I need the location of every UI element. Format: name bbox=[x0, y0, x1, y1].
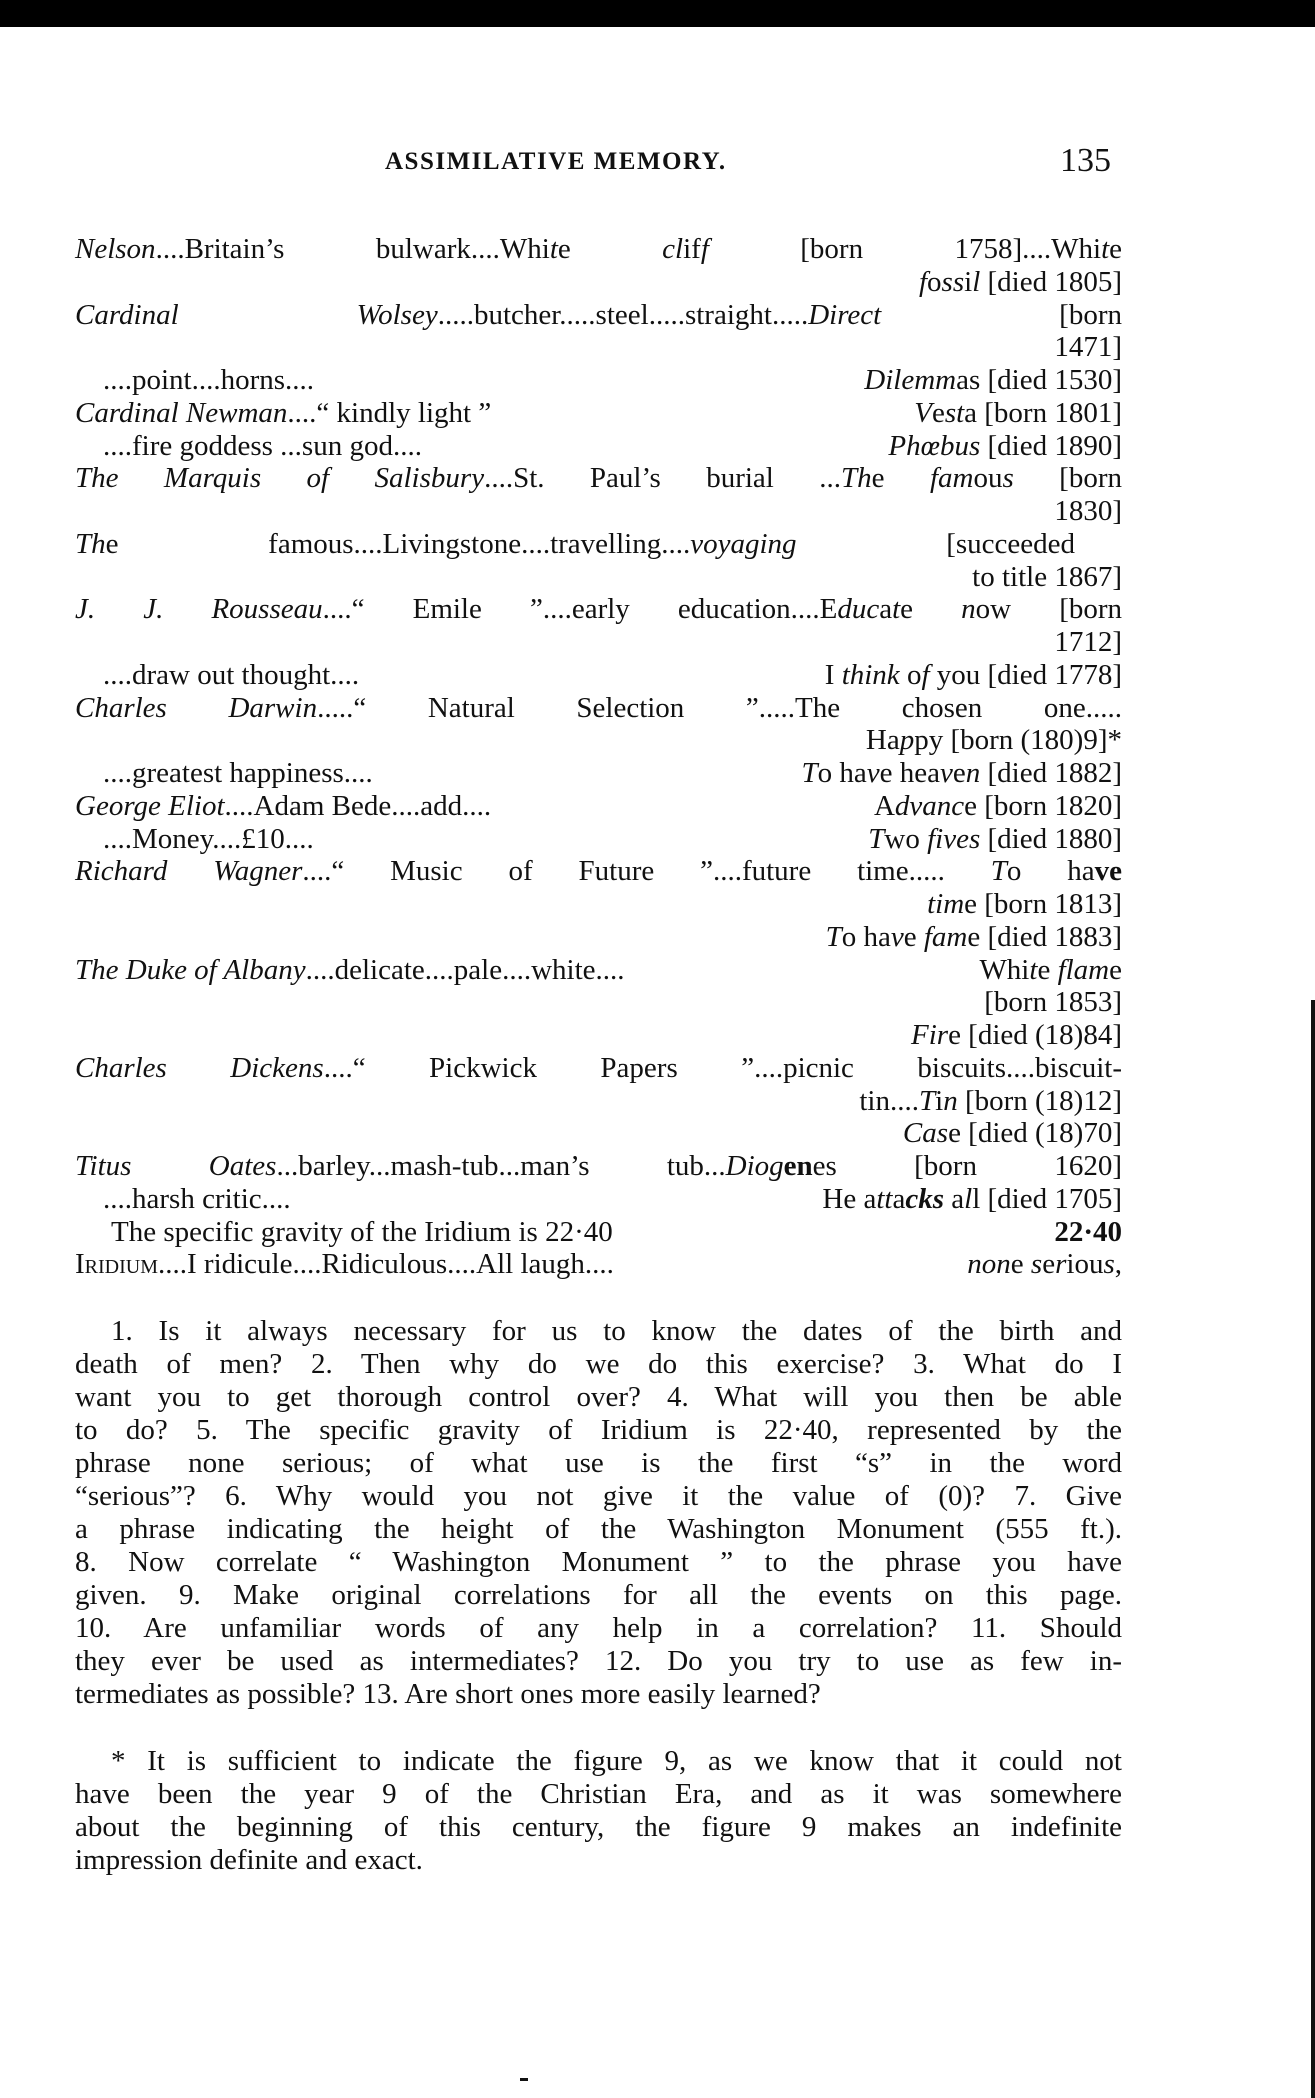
page-header: ASSIMILATIVE MEMORY. 135 bbox=[0, 148, 1315, 188]
text-segment: ve bbox=[1095, 855, 1122, 887]
text-segment: r bbox=[1055, 1248, 1066, 1280]
entry-line: to title 1867] bbox=[75, 561, 1122, 594]
entry-date-phrase: 1712] bbox=[1054, 626, 1122, 659]
text-segment: ....“ Music of Future ”....future time..… bbox=[302, 855, 990, 887]
entry-line: ....fire goddess ...sun god....Phœbus [d… bbox=[75, 430, 1122, 463]
entry-cue: The Duke of Albany....delicate....pale..… bbox=[75, 954, 625, 987]
text-segment: [born (18)12] bbox=[958, 1085, 1122, 1117]
text-segment: o ha bbox=[818, 757, 867, 789]
text-segment: v bbox=[891, 921, 904, 953]
text-segment: e [born 1813] bbox=[964, 888, 1122, 920]
entry-line: Charles Dickens....“ Pickwick Papers ”..… bbox=[75, 1052, 1122, 1085]
entry-line: The famous....Livingstone....travelling.… bbox=[75, 528, 1122, 561]
text-segment: e bbox=[900, 593, 961, 625]
text-segment: e bbox=[1042, 1248, 1055, 1280]
paragraph-line: want you to get thorough control over? 4… bbox=[75, 1381, 1122, 1414]
text-segment: , bbox=[1115, 1248, 1122, 1280]
text-segment: e bbox=[1109, 233, 1122, 265]
text-segment: V bbox=[914, 397, 932, 429]
text-segment: 22·40 bbox=[1054, 1216, 1122, 1248]
text-segment: f bbox=[921, 659, 929, 691]
entry-date-phrase: Two fives [died 1880] bbox=[868, 823, 1122, 856]
entry-line: Titus Oates...barley...mash-tub...man’s … bbox=[75, 1150, 1122, 1183]
text-segment: n bbox=[943, 1085, 958, 1117]
text-segment: dvanc bbox=[895, 790, 964, 822]
entry-cue: Iridium....I ridicule....Ridiculous....A… bbox=[75, 1248, 614, 1281]
entry-text: Nelson....Britain’s bulwark....White cli… bbox=[75, 233, 1122, 266]
text-segment: v bbox=[867, 757, 880, 789]
text-segment: e bbox=[953, 757, 966, 789]
paragraph-line: phrase none serious; of what use is the … bbox=[75, 1447, 1122, 1480]
text-segment: e [born 1820] bbox=[964, 790, 1122, 822]
paragraph-line: * It is sufficient to indicate the figur… bbox=[75, 1745, 1122, 1778]
entry-date-phrase: To have fame [died 1883] bbox=[826, 921, 1122, 954]
entry-text: The Marquis of Salisbury....St. Paul’s b… bbox=[75, 462, 1122, 495]
entry-text: Titus Oates...barley...mash-tub...man’s … bbox=[75, 1150, 1122, 1183]
text-segment: 1712] bbox=[1054, 626, 1122, 658]
text-segment: ....harsh critic.... bbox=[103, 1183, 291, 1215]
text-segment: py [born (180)9]* bbox=[914, 724, 1122, 756]
text-segment: T bbox=[826, 921, 842, 953]
text-segment: T bbox=[991, 855, 1007, 887]
text-segment: Dilem bbox=[864, 364, 935, 396]
text-segment: e bbox=[1011, 1248, 1031, 1280]
scan-speck bbox=[520, 2078, 528, 2081]
entry-date-phrase: To have heaven [died 1882] bbox=[801, 757, 1122, 790]
text-segment: ....delicate....pale....white.... bbox=[306, 954, 625, 986]
entry-cue: ....draw out thought.... bbox=[103, 659, 359, 692]
text-segment: .....butcher.....steel.....straight..... bbox=[438, 299, 809, 331]
entry-line: J. J. Rousseau....“ Emile ”....early edu… bbox=[75, 593, 1122, 626]
text-segment: [born bbox=[1014, 462, 1122, 494]
entry-line: 1830] bbox=[75, 495, 1122, 528]
entry-line: time [born 1813] bbox=[75, 888, 1122, 921]
text-segment: e bbox=[1109, 954, 1122, 986]
text-segment: es [born 1620] bbox=[813, 1150, 1122, 1182]
text-segment: Whi bbox=[979, 954, 1029, 986]
entry-date-phrase: none serious, bbox=[967, 1248, 1122, 1281]
text-segment: Nelson bbox=[75, 233, 156, 265]
paragraph-line: given. 9. Make original correlations for… bbox=[75, 1579, 1122, 1612]
text-segment: ...barley...mash-tub...man’s tub... bbox=[276, 1150, 725, 1182]
scan-top-border bbox=[0, 0, 1315, 27]
text-segment: e [died (18)70] bbox=[948, 1117, 1122, 1149]
text-segment: ....fire goddess ...sun god.... bbox=[103, 430, 422, 462]
text-segment: voyaging bbox=[690, 528, 796, 560]
entry-cue: ....point....horns.... bbox=[103, 364, 314, 397]
text-segment: Charles Dickens bbox=[75, 1052, 324, 1084]
entry-cue: Cardinal Newman....“ kindly light ” bbox=[75, 397, 491, 430]
text-segment: ....greatest happiness.... bbox=[103, 757, 373, 789]
entry-line: Cardinal Newman....“ kindly light ”Vesta… bbox=[75, 397, 1122, 430]
text-segment: o ha bbox=[842, 921, 891, 953]
text-segment: fam bbox=[924, 921, 968, 953]
text-segment: e bbox=[904, 921, 924, 953]
text-segment: [died 1890] bbox=[980, 430, 1122, 462]
entry-line: George Eliot....Adam Bede....add....Adva… bbox=[75, 790, 1122, 823]
entry-text: Richard Wagner....“ Music of Future ”...… bbox=[75, 855, 1122, 888]
text-segment: f bbox=[701, 233, 709, 265]
text-segment: Direct bbox=[808, 299, 881, 331]
text-segment: e famous....Livingstone....travelling...… bbox=[106, 528, 691, 560]
text-segment: a [born 1801] bbox=[964, 397, 1122, 429]
text-segment: non bbox=[967, 1248, 1011, 1280]
text-segment: [born 1853] bbox=[984, 986, 1122, 1018]
text-segment: v bbox=[940, 757, 953, 789]
text-segment: ....point....horns.... bbox=[103, 364, 314, 396]
entry-line: ....point....horns....Dilemmas [died 153… bbox=[75, 364, 1122, 397]
entry-line: [born 1853] bbox=[75, 986, 1122, 1019]
entry-line: Iridium....I ridicule....Ridiculous....A… bbox=[75, 1248, 1122, 1281]
entry-date-phrase: Case [died (18)70] bbox=[903, 1117, 1122, 1150]
text-segment: s bbox=[1031, 1248, 1042, 1280]
paragraph-line: death of men? 2. Then why do we do this … bbox=[75, 1348, 1122, 1381]
text-segment: e bbox=[1037, 954, 1057, 986]
entry-date-phrase: 1830] bbox=[1054, 495, 1122, 528]
entry-line: ....draw out thought....I think of you [… bbox=[75, 659, 1122, 692]
text-segment: t bbox=[892, 593, 900, 625]
entry-line: Richard Wagner....“ Music of Future ”...… bbox=[75, 855, 1122, 888]
text-segment: flam bbox=[1058, 954, 1110, 986]
entry-line: To have fame [died 1883] bbox=[75, 921, 1122, 954]
entry-line: Case [died (18)70] bbox=[75, 1117, 1122, 1150]
text-segment: i bbox=[935, 1085, 943, 1117]
entry-text: Charles Darwin.....“ Natural Selection ”… bbox=[75, 692, 1122, 725]
entry-cue: ....harsh critic.... bbox=[103, 1183, 291, 1216]
entry-line: The Marquis of Salisbury....St. Paul’s b… bbox=[75, 462, 1122, 495]
entry-date-phrase: 22·40 bbox=[1054, 1216, 1122, 1249]
entry-cue: ....fire goddess ...sun god.... bbox=[103, 430, 422, 463]
entry-date-phrase: fossil [died 1805] bbox=[919, 266, 1122, 299]
text-segment: ss bbox=[942, 266, 965, 298]
text-segment: o bbox=[900, 659, 922, 691]
text-segment: Ha bbox=[866, 724, 900, 756]
entry-date-phrase: tin....Tin [born (18)12] bbox=[859, 1085, 1122, 1118]
entry-line: ....harsh critic....He attacks all [died… bbox=[75, 1183, 1122, 1216]
paragraph-line: have been the year 9 of the Christian Er… bbox=[75, 1778, 1122, 1811]
entry-cue: George Eliot....Adam Bede....add.... bbox=[75, 790, 491, 823]
text-segment: ou bbox=[973, 462, 1002, 494]
text-segment: Fir bbox=[911, 1019, 948, 1051]
entry-date-phrase: I think of you [died 1778] bbox=[825, 659, 1122, 692]
text-segment: l [died 1705] bbox=[972, 1183, 1122, 1215]
text-segment: a bbox=[944, 1183, 964, 1215]
text-segment: [born bbox=[881, 299, 1122, 331]
text-segment: ....“ Emile ”....early education....E bbox=[323, 593, 838, 625]
entry-cue: ....greatest happiness.... bbox=[103, 757, 373, 790]
text-segment: cks bbox=[905, 1183, 944, 1215]
paragraph-line: 10. Are unfamiliar words of any help in … bbox=[75, 1612, 1122, 1645]
text-segment: tim bbox=[927, 888, 964, 920]
entry-date-phrase: Happy [born (180)9]* bbox=[866, 724, 1122, 757]
text-segment: as [died 1530] bbox=[956, 364, 1122, 396]
text-segment: fives bbox=[927, 823, 980, 855]
text-segment: Cardinal Wolsey bbox=[75, 299, 438, 331]
text-segment: Charles Darwin bbox=[75, 692, 317, 724]
entry-date-phrase: to title 1867] bbox=[972, 561, 1122, 594]
entry-line: 1471] bbox=[75, 331, 1122, 364]
entry-date-phrase: He attacks all [died 1705] bbox=[822, 1183, 1122, 1216]
text-segment: [died 1882] bbox=[980, 757, 1122, 789]
text-segment: 1471] bbox=[1054, 331, 1122, 363]
text-segment: [born 1758]....Whi bbox=[709, 233, 1101, 265]
text-segment: m bbox=[935, 364, 956, 396]
entry-line: ....greatest happiness....To have heaven… bbox=[75, 757, 1122, 790]
text-segment: if bbox=[683, 233, 701, 265]
entry-line: The Duke of Albany....delicate....pale..… bbox=[75, 954, 1122, 987]
entry-line: The specific gravity of the Iridium is 2… bbox=[75, 1216, 1122, 1249]
entry-line: Fire [died (18)84] bbox=[75, 1019, 1122, 1052]
entry-date-phrase: Vesta [born 1801] bbox=[914, 397, 1122, 430]
entry-date-phrase: Dilemmas [died 1530] bbox=[864, 364, 1122, 397]
entry-line: fossil [died 1805] bbox=[75, 266, 1122, 299]
text-segment: [died 1880] bbox=[980, 823, 1122, 855]
paragraph-line: to do? 5. The specific gravity of Iridiu… bbox=[75, 1414, 1122, 1447]
text-segment: e bbox=[872, 462, 930, 494]
text-segment: T bbox=[801, 757, 817, 789]
text-segment: ....Britain’s bulwark....Whi bbox=[156, 233, 550, 265]
paragraph-line: 8. Now correlate “ Washington Monument ”… bbox=[75, 1546, 1122, 1579]
text-segment: to title 1867] bbox=[972, 561, 1122, 593]
text-segment: I bbox=[825, 659, 842, 691]
paragraph-line: termediates as possible? 13. Are short o… bbox=[75, 1678, 1122, 1711]
text-segment: ....Money....£10.... bbox=[103, 823, 314, 855]
text-segment: Th bbox=[841, 462, 872, 494]
page-number: 135 bbox=[1060, 142, 1111, 180]
text-segment: p bbox=[900, 724, 915, 756]
text-segment: o bbox=[927, 266, 942, 298]
entry-text: J. J. Rousseau....“ Emile ”....early edu… bbox=[75, 593, 1122, 626]
entry-date-phrase: 1471] bbox=[1054, 331, 1122, 364]
text-segment: n bbox=[966, 757, 981, 789]
entry-date-phrase: Advance [born 1820] bbox=[874, 790, 1122, 823]
text-segment: en bbox=[784, 1150, 813, 1182]
text-segment: .....“ Natural Selection ”.....The chose… bbox=[317, 692, 1122, 724]
text-segment: George Eliot bbox=[75, 790, 225, 822]
text-segment: ....“ kindly light ” bbox=[287, 397, 491, 429]
text-segment: [succeeded bbox=[797, 528, 1075, 560]
entry-cue: ....Money....£10.... bbox=[103, 823, 314, 856]
text-segment: T bbox=[919, 1085, 935, 1117]
text-segment: tt bbox=[876, 1183, 892, 1215]
entry-line: Charles Darwin.....“ Natural Selection ”… bbox=[75, 692, 1122, 725]
text-segment: wo bbox=[884, 823, 927, 855]
text-segment: ow [born bbox=[976, 593, 1122, 625]
text-segment: i bbox=[964, 266, 972, 298]
text-segment: s bbox=[1002, 462, 1013, 494]
entry-line: ....Money....£10....Two fives [died 1880… bbox=[75, 823, 1122, 856]
text-segment: e [died (18)84] bbox=[948, 1019, 1122, 1051]
entry-text: Charles Dickens....“ Pickwick Papers ”..… bbox=[75, 1052, 1122, 1085]
paragraph-line: 1. Is it always necessary for us to know… bbox=[75, 1315, 1122, 1348]
text-segment: s bbox=[1103, 1248, 1114, 1280]
text-segment: a bbox=[879, 593, 892, 625]
text-segment: ....St. Paul’s burial ... bbox=[484, 462, 841, 494]
text-segment: He a bbox=[822, 1183, 876, 1215]
paragraph-line: about the beginning of this century, the… bbox=[75, 1811, 1122, 1844]
text-segment: Cas bbox=[903, 1117, 948, 1149]
text-segment: t bbox=[550, 233, 558, 265]
text-segment: Cardinal Newman bbox=[75, 397, 287, 429]
paragraph-line: a phrase indicating the height of the Wa… bbox=[75, 1513, 1122, 1546]
text-segment: The Duke of Albany bbox=[75, 954, 306, 986]
entry-date-phrase: White flame bbox=[979, 954, 1122, 987]
text-segment: J. J. Rousseau bbox=[75, 593, 323, 625]
text-segment: n bbox=[961, 593, 976, 625]
text-segment: ....Adam Bede....add.... bbox=[225, 790, 492, 822]
text-segment: 1830] bbox=[1054, 495, 1122, 527]
text-segment: e [died 1883] bbox=[967, 921, 1122, 953]
text-segment: ....I ridicule....Ridiculous....All laug… bbox=[158, 1248, 614, 1280]
scan-right-edge bbox=[1311, 1000, 1315, 2098]
text-segment: Th bbox=[75, 528, 106, 560]
text-segment: t bbox=[1101, 233, 1109, 265]
text-segment: iou bbox=[1066, 1248, 1103, 1280]
text-segment: a bbox=[892, 1183, 905, 1215]
text-segment: [died 1805] bbox=[980, 266, 1122, 298]
text-segment: you [died 1778] bbox=[930, 659, 1123, 691]
entry-date-phrase: [born 1853] bbox=[984, 986, 1122, 1019]
paragraph-line: impression definite and exact. bbox=[75, 1844, 1122, 1877]
text-segment: tin.... bbox=[859, 1085, 919, 1117]
entry-line: Happy [born (180)9]* bbox=[75, 724, 1122, 757]
text-segment: cl bbox=[662, 233, 683, 265]
text-segment: Titus Oates bbox=[75, 1150, 276, 1182]
text-segment: think bbox=[842, 659, 900, 691]
text-segment: st bbox=[945, 397, 964, 429]
text-segment: o ha bbox=[1007, 855, 1095, 887]
entry-text: Cardinal Wolsey.....butcher.....steel...… bbox=[75, 299, 1122, 332]
study-questions: 1. Is it always necessary for us to know… bbox=[75, 1315, 1122, 1711]
text-segment: ....“ Pickwick Papers ”....picnic biscui… bbox=[324, 1052, 1122, 1084]
text-segment: Phœbus bbox=[888, 430, 980, 462]
text-segment: fam bbox=[930, 462, 974, 494]
text-segment: Iridium bbox=[75, 1248, 158, 1280]
text-segment: A bbox=[874, 790, 895, 822]
entry-date-phrase: Phœbus [died 1890] bbox=[888, 430, 1122, 463]
paragraph-line: “serious”? 6. Why would you not give it … bbox=[75, 1480, 1122, 1513]
text-segment: e bbox=[932, 397, 945, 429]
text-segment: e hea bbox=[880, 757, 940, 789]
text-segment: The Marquis of Salisbury bbox=[75, 462, 484, 494]
entry-date-phrase: time [born 1813] bbox=[927, 888, 1122, 921]
text-segment: duc bbox=[837, 593, 879, 625]
entry-cue: The specific gravity of the Iridium is 2… bbox=[111, 1216, 613, 1249]
entry-line: Cardinal Wolsey.....butcher.....steel...… bbox=[75, 299, 1122, 332]
entry-line: Nelson....Britain’s bulwark....White cli… bbox=[75, 233, 1122, 266]
text-segment: Richard Wagner bbox=[75, 855, 302, 887]
entry-text: The famous....Livingstone....travelling.… bbox=[75, 528, 1075, 561]
text-segment: f bbox=[919, 266, 927, 298]
running-title: ASSIMILATIVE MEMORY. bbox=[385, 148, 727, 176]
footnote: * It is sufficient to indicate the figur… bbox=[75, 1745, 1122, 1877]
entry-date-phrase: Fire [died (18)84] bbox=[911, 1019, 1122, 1052]
paragraph-line: they ever be used as intermediates? 12. … bbox=[75, 1645, 1122, 1678]
text-segment: Diog bbox=[726, 1150, 784, 1182]
entry-line: tin....Tin [born (18)12] bbox=[75, 1085, 1122, 1118]
text-segment: T bbox=[868, 823, 884, 855]
entry-line: 1712] bbox=[75, 626, 1122, 659]
text-segment: l bbox=[964, 1183, 972, 1215]
text-segment: e bbox=[558, 233, 662, 265]
text-segment: ....draw out thought.... bbox=[103, 659, 359, 691]
text-segment: The specific gravity of the Iridium is 2… bbox=[111, 1216, 613, 1248]
